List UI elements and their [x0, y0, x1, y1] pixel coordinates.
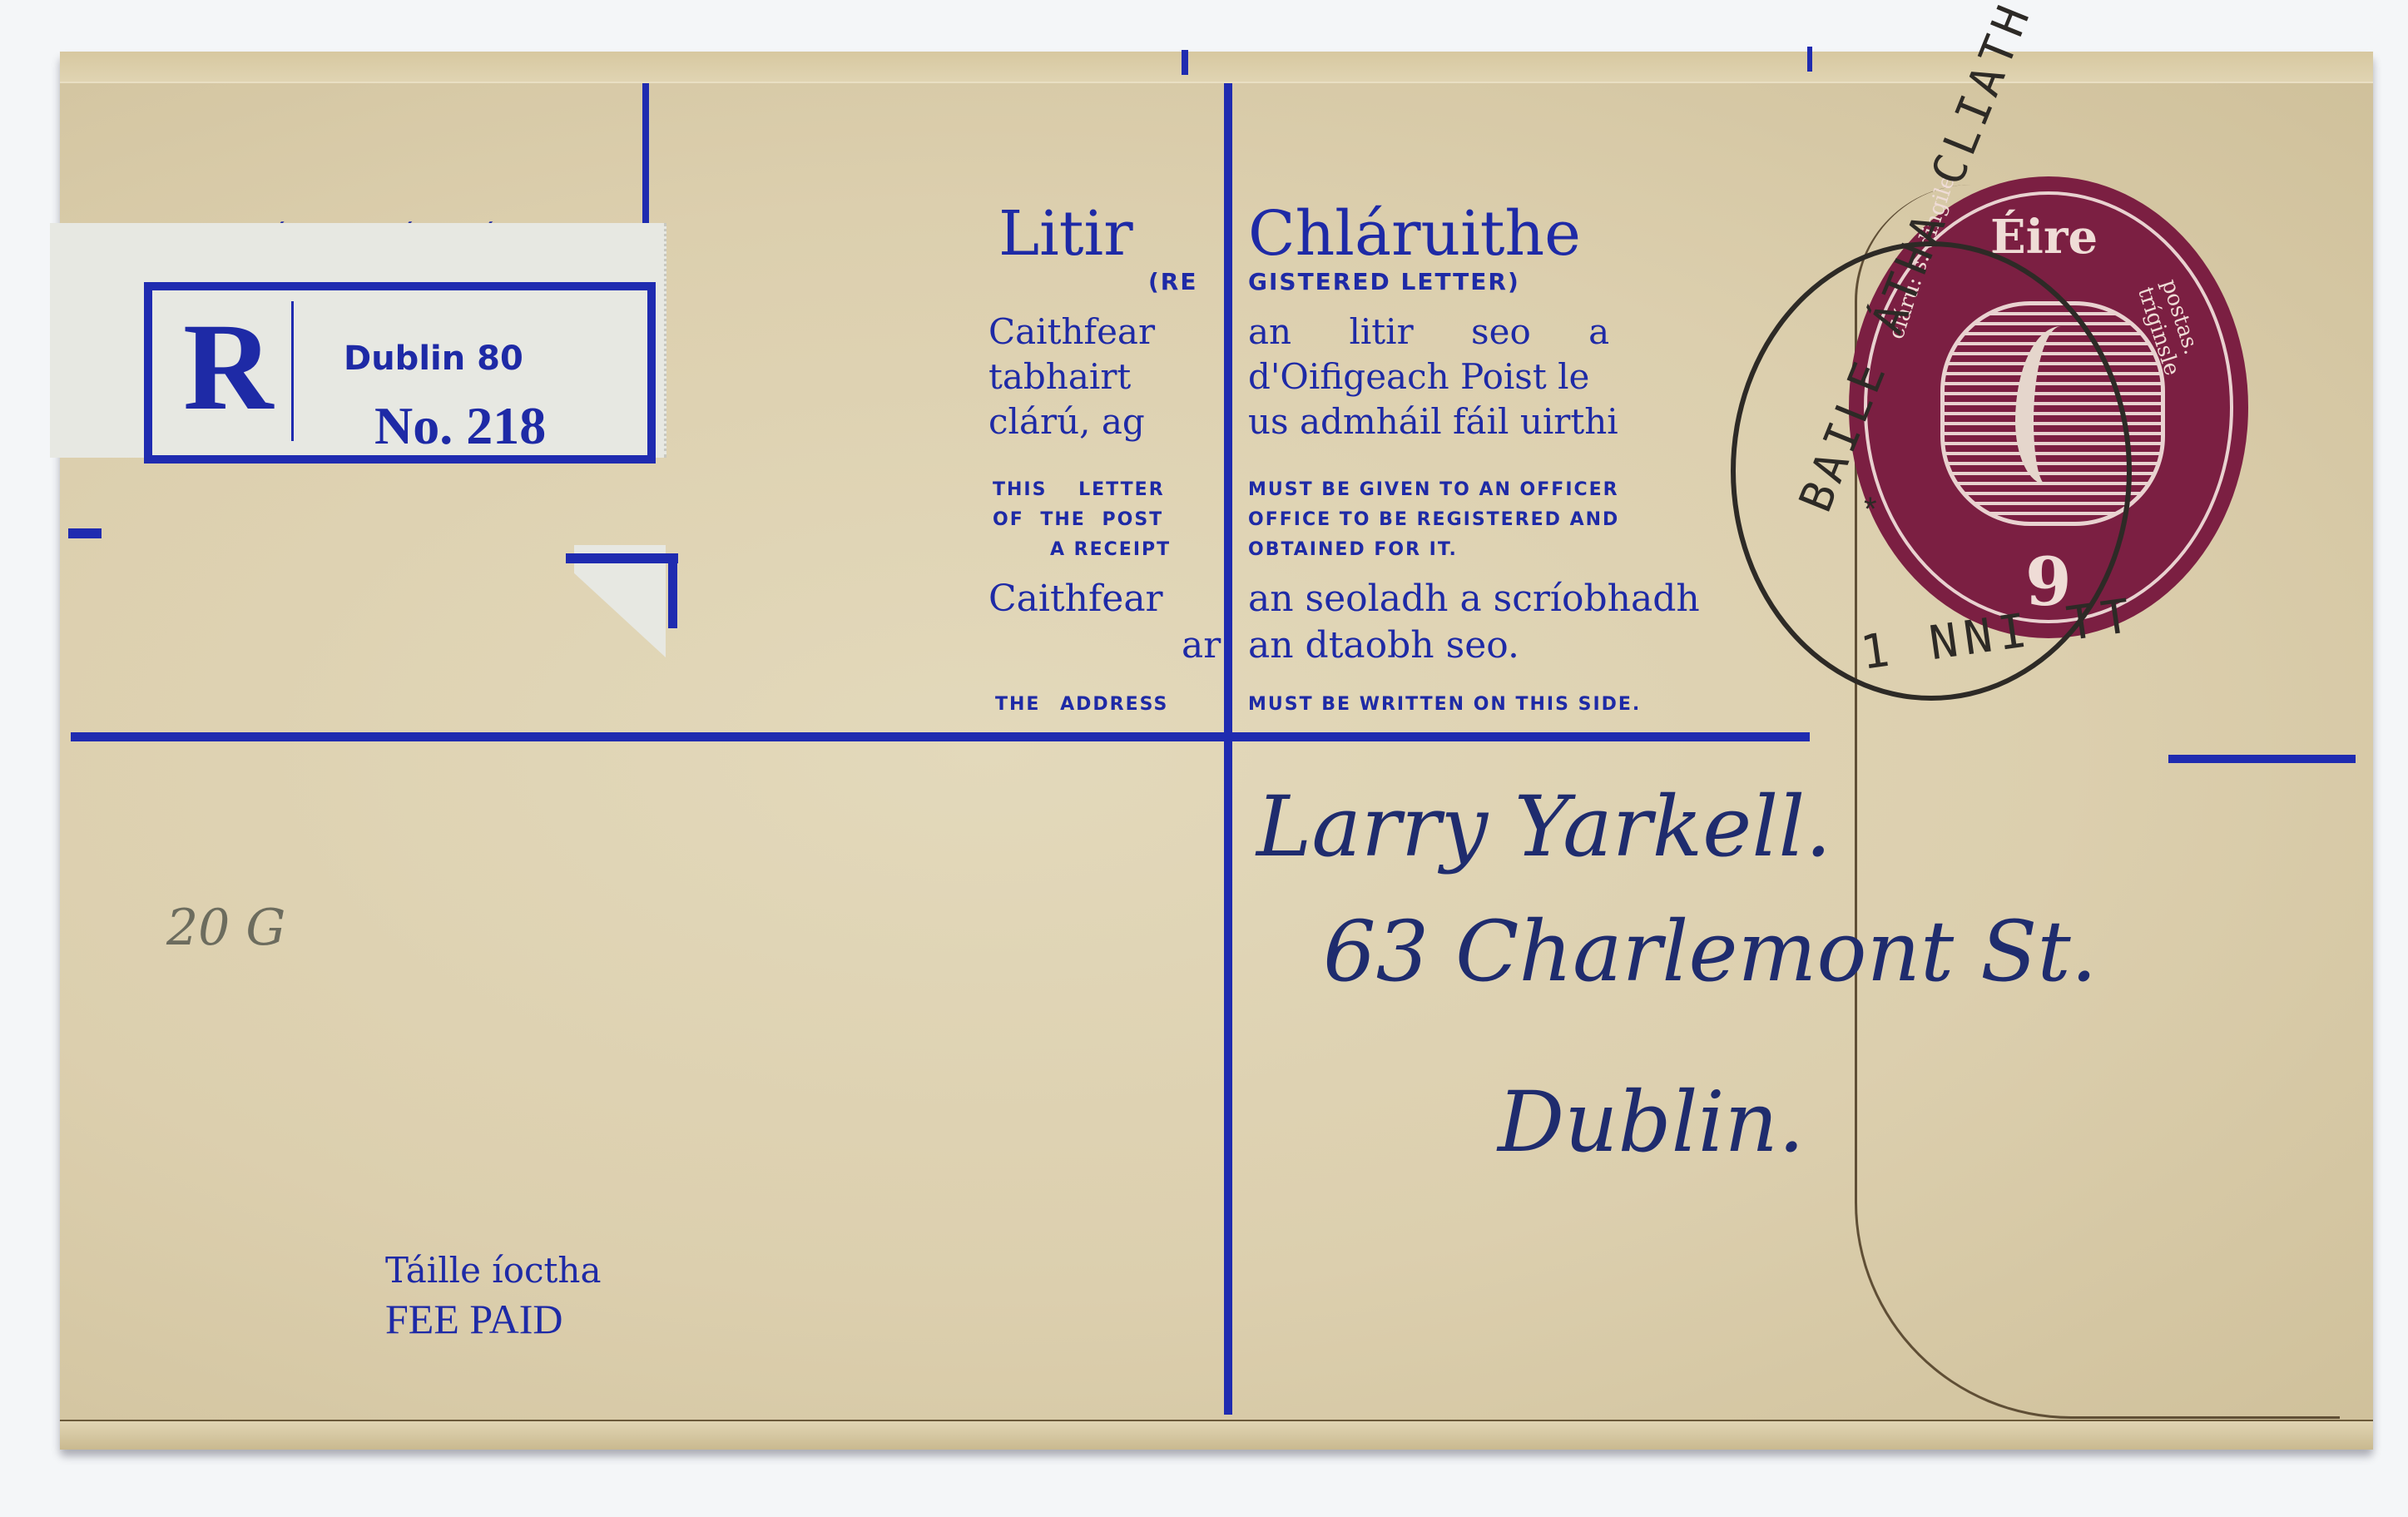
instruction-irish-2-left-2: ar — [1182, 624, 1221, 667]
registration-office: Dublin 80 — [344, 340, 523, 378]
address-line-street: 63 Charlemont St. — [1323, 903, 2097, 1000]
instruction-english-1-right-3: OBTAINED FOR IT. — [1248, 539, 1458, 560]
torn-piece-rule-h — [566, 553, 678, 563]
fee-paid-english: FEE PAID — [385, 1295, 562, 1343]
instruction-irish-1-left-2: tabhairt — [988, 356, 1131, 397]
instruction-english-1-right-2: OFFICE TO BE REGISTERED AND — [1248, 509, 1619, 530]
instruction-english-1-left-1: THIS LETTER — [993, 479, 1165, 500]
horizontal-rule-stub-left — [68, 528, 102, 538]
instruction-irish-1-left-1: Caithfear — [988, 311, 1155, 352]
top-flap — [60, 52, 2373, 83]
title-irish-right: Chláruithe — [1248, 198, 1581, 270]
instruction-english-1-right-1: MUST BE GIVEN TO AN OFFICER — [1248, 479, 1619, 500]
title-english-left: (RE — [1148, 268, 1197, 295]
horizontal-rule-right-stub — [2168, 755, 2356, 763]
torn-piece-rule-v — [668, 562, 677, 628]
registration-letter: R — [183, 295, 273, 439]
horizontal-rule-address — [71, 732, 1810, 741]
instruction-english-1-left-2: OF THE POST — [993, 509, 1163, 530]
registration-number: No. 218 — [374, 395, 546, 457]
instruction-irish-2-right-1: an seoladh a scríobhadh — [1248, 578, 1700, 620]
instruction-english-1-left-3: A RECEIPT — [1050, 539, 1171, 560]
instruction-irish-1-right-2: d'Oifigeach Poist le — [1248, 356, 1589, 397]
stamp-country: Éire — [1990, 210, 2098, 265]
address-line-name: Larry Yarkell. — [1256, 778, 1831, 875]
pencil-note: 20 G — [166, 899, 285, 957]
registration-label-divider — [291, 301, 294, 441]
postmark-star-icon: * — [1864, 491, 1877, 528]
title-irish-left: Litir — [998, 198, 1133, 270]
address-line-city: Dublin. — [1498, 1073, 1805, 1171]
vertical-rule-center — [1224, 83, 1232, 1415]
instruction-irish-1-left-3: clárú, ag — [988, 401, 1145, 442]
vertical-rule-top-tick-2 — [1807, 47, 1812, 72]
instruction-irish-1-right-1: an litir seo a — [1248, 311, 1609, 352]
instruction-irish-2-right-2: an dtaobh seo. — [1248, 624, 1519, 667]
title-english-right: GISTERED LETTER) — [1248, 268, 1520, 295]
instruction-english-2-left: THE ADDRESS — [995, 694, 1168, 715]
fee-paid-irish: Táille íoctha — [385, 1250, 602, 1291]
instruction-irish-2-left-1: Caithfear — [988, 578, 1163, 620]
bottom-flap — [60, 1420, 2373, 1450]
instruction-irish-1-right-3: us admháil fáil uirthi — [1248, 401, 1618, 442]
vertical-rule-top-tick-1 — [1182, 50, 1188, 75]
instruction-english-2-right: MUST BE WRITTEN ON THIS SIDE. — [1248, 694, 1641, 715]
